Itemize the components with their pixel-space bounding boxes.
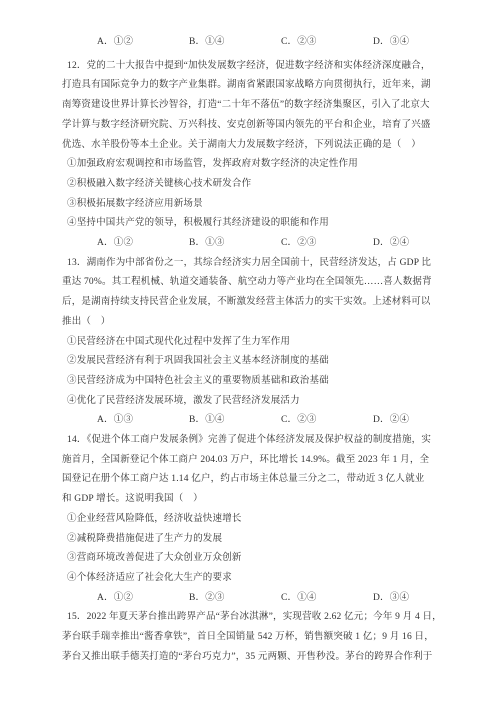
question-stem-line: 重达 70%。其工程机械、轨道交通装备、航空动力等产业均在全国领先……喜人数据背 — [62, 273, 428, 293]
answer-row-q11: A．①② B．①④ C．②③ D．③④ — [62, 33, 428, 53]
question-stem-line: 12．党的二十大报告中提到“加快发展数字经济，促进数字经济和实体经济深度融合， — [62, 57, 428, 77]
question-option-2: ②减税降费措施促进了生产力的发展 — [62, 530, 428, 550]
question-stem-line: 和 GDP 增长。这说明我国（ ） — [62, 490, 428, 510]
answer-choice-a: A．①② — [97, 234, 189, 254]
answer-row-q13: A．①③ B．①④ C．②③ D．②④ — [62, 411, 428, 431]
question-option-4: ④优化了民营经济发展环境，激发了民营经济发展活力 — [62, 392, 428, 412]
question-stem-line: 茅台又推出联手德芙打造的“茅台巧克力”，35 元两颗、开售秒没。茅台的跨界合作利… — [62, 648, 428, 668]
answer-choice-b: B．①③ — [189, 234, 281, 254]
answer-choice-c: C．①④ — [281, 589, 373, 609]
answer-choice-d: D．②④ — [373, 411, 409, 431]
answer-choice-c: C．②③ — [281, 33, 373, 53]
answer-choice-b: B．①④ — [189, 33, 281, 53]
question-stem-line: 学计算与数字经济研究院、万兴科技、安克创新等国内领先的平台和企业，培育了兴盛 — [62, 116, 428, 136]
question-option-1: ①加强政府宏观调控和市场监管，发挥政府对数字经济的决定性作用 — [62, 155, 428, 175]
answer-row-q14: A．①② B．②③ C．①④ D．③④ — [62, 589, 428, 609]
question-option-2: ②发展民营经济有利于巩固我国社会主义基本经济制度的基础 — [62, 352, 428, 372]
question-stem-line: 15．2022 年夏天茅台推出跨界产品“茅台冰淇淋”，实现营收 2.62 亿元；… — [62, 608, 428, 628]
answer-choice-a: A．①② — [97, 33, 189, 53]
question-option-3: ③民营经济成为中国特色社会主义的重要物质基础和政治基础 — [62, 372, 428, 392]
answer-choice-a: A．①② — [97, 589, 189, 609]
question-option-3: ③积极拓展数字经济应用新场景 — [62, 195, 428, 215]
answer-choice-c: C．②③ — [281, 411, 373, 431]
question-stem-line: 13．湖南作为中部省份之一，其综合经济实力居全国前十，民营经济发达，占 GDP … — [62, 254, 428, 274]
question-option-1: ①企业经营风险降低，经济收益快速增长 — [62, 510, 428, 530]
answer-choice-a: A．①③ — [97, 411, 189, 431]
answer-choice-d: D．③④ — [373, 33, 409, 53]
answer-row-q12: A．①② B．①③ C．②③ D．②④ — [62, 234, 428, 254]
answer-choice-d: D．②④ — [373, 234, 409, 254]
question-option-3: ③营商环境改善促进了大众创业万众创新 — [62, 549, 428, 569]
question-option-4: ④个体经济适应了社会化大生产的要求 — [62, 569, 428, 589]
answer-choice-c: C．②③ — [281, 234, 373, 254]
question-13: 13．湖南作为中部省份之一，其综合经济实力居全国前十，民营经济发达，占 GDP … — [62, 254, 428, 431]
question-stem-line: 国登记在册个体工商户达 1.14 亿户，约占市场主体总量三分之二，带动近 3 亿… — [62, 470, 428, 490]
question-stem-line: 推出（ ） — [62, 313, 428, 333]
exam-page: A．①② B．①④ C．②③ D．③④ 12．党的二十大报告中提到“加快发展数字… — [0, 0, 499, 706]
exam-content: A．①② B．①④ C．②③ D．③④ 12．党的二十大报告中提到“加快发展数字… — [62, 33, 428, 668]
question-stem-line: 南筹资建设世界计算长沙智谷，打造“二十年不落伍”的数字经济集聚区，引入了北京大 — [62, 96, 428, 116]
question-option-2: ②积极融入数字经济关键核心技术研发合作 — [62, 175, 428, 195]
question-stem-line: 茅台联手瑞幸推出“酱香拿铁”，首日全国销量 542 万杯，销售额突破 1 亿；9… — [62, 628, 428, 648]
answer-choice-b: B．①④ — [189, 411, 281, 431]
question-15: 15．2022 年夏天茅台推出跨界产品“茅台冰淇淋”，实现营收 2.62 亿元；… — [62, 608, 428, 667]
question-option-4: ④坚持中国共产党的领导，积极履行其经济建设的职能和作用 — [62, 214, 428, 234]
answer-choice-d: D．③④ — [373, 589, 409, 609]
question-stem-line: 后，是湖南持续支持民营企业发展，不断激发经营主体活力的实干实效。上述材料可以 — [62, 293, 428, 313]
question-stem-line: 打造具有国际竞争力的数字产业集群。湖南省紧跟国家战略方向贯彻执行，近年来，湖 — [62, 76, 428, 96]
question-option-1: ①民营经济在中国式现代化过程中发挥了生力军作用 — [62, 333, 428, 353]
question-stem-line: 14．《促进个体工商户发展条例》完善了促进个体经济发展及保护权益的制度措施，实 — [62, 431, 428, 451]
answer-choice-b: B．②③ — [189, 589, 281, 609]
question-12: 12．党的二十大报告中提到“加快发展数字经济，促进数字经济和实体经济深度融合， … — [62, 57, 428, 254]
question-14: 14．《促进个体工商户发展条例》完善了促进个体经济发展及保护权益的制度措施，实 … — [62, 431, 428, 608]
question-stem-line: 施首月，全国新登记个体工商户 204.03 万户，环比增长 14.9%。截至 2… — [62, 451, 428, 471]
question-stem-line: 优选、水羊股份等本土企业。关于湖南大力发展数字经济，下列说法正确的是（ ） — [62, 136, 428, 156]
